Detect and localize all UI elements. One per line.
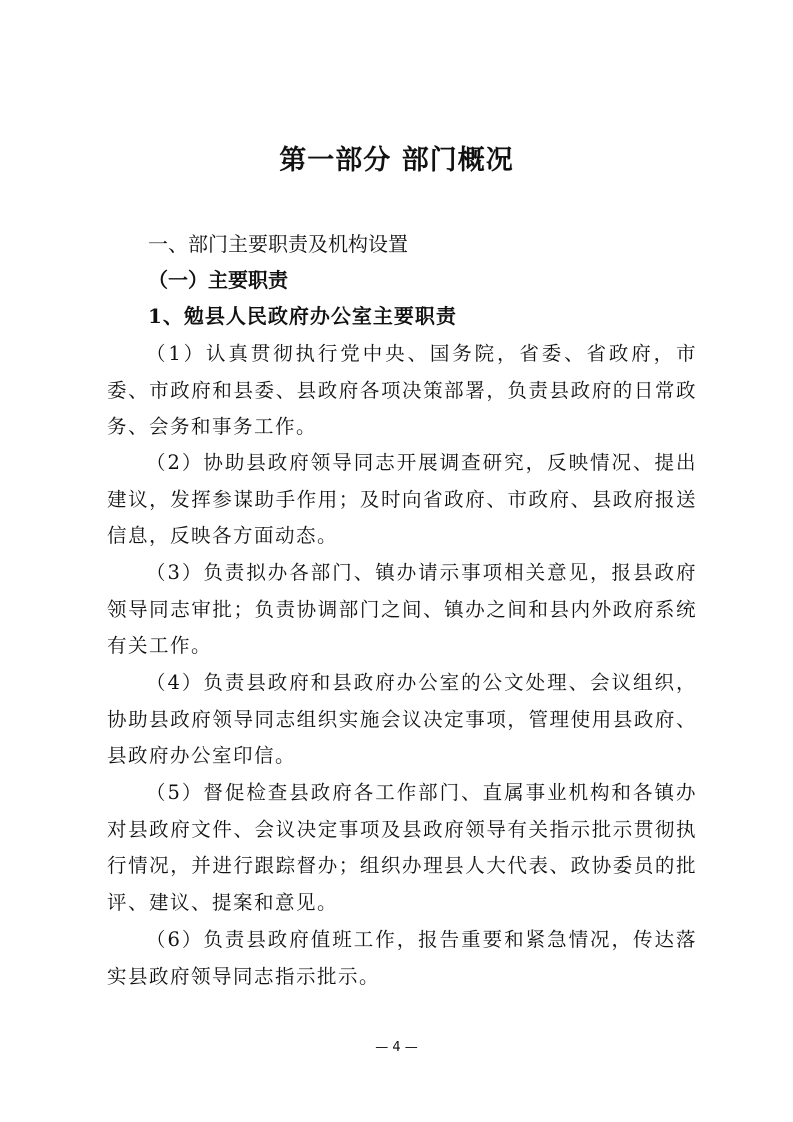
section-heading: 一、部门主要职责及机构设置 bbox=[148, 228, 408, 257]
page-title: 第一部分 部门概况 bbox=[0, 138, 793, 177]
subsection-heading: （一）主要职责 bbox=[148, 264, 288, 293]
paragraph-duty-5: （5）督促检查县政府各工作部门、直属事业机构和各镇办对县政府文件、会议决定事项及… bbox=[107, 775, 697, 921]
item-heading: 1、勉县人民政府办公室主要职责 bbox=[148, 300, 457, 329]
paragraph-duty-2: （2）协助县政府领导同志开展调查研究，反映情况、提出建议，发挥参谋助手作用；及时… bbox=[107, 445, 697, 555]
paragraph-duty-6: （6）负责县政府值班工作，报告重要和紧急情况，传达落实县政府领导同志指示批示。 bbox=[107, 922, 697, 995]
paragraph-duty-1: （1）认真贯彻执行党中央、国务院，省委、省政府，市委、市政府和县委、县政府各项决… bbox=[107, 336, 697, 446]
document-page: 第一部分 部门概况 一、部门主要职责及机构设置 （一）主要职责 1、勉县人民政府… bbox=[0, 0, 793, 1122]
page-number: — 4 — bbox=[0, 1040, 793, 1055]
paragraph-duty-4: （4）负责县政府和县政府办公室的公文处理、会议组织，协助县政府领导同志组织实施会… bbox=[107, 665, 697, 775]
paragraph-duty-3: （3）负责拟办各部门、镇办请示事项相关意见，报县政府领导同志审批；负责协调部门之… bbox=[107, 555, 697, 665]
